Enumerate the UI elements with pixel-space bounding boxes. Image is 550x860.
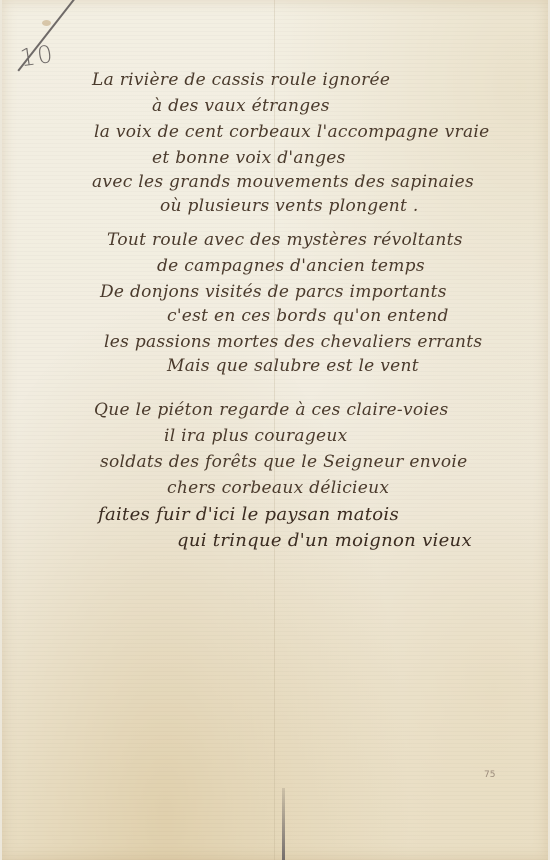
poem-line: c'est en ces bords qu'on entend <box>167 306 449 326</box>
poem-line: avec les grands mouvements des sapinaies <box>92 172 474 192</box>
poem-line: la voix de cent corbeaux l'accompagne vr… <box>94 122 489 142</box>
poem-line: chers corbeaux délicieux <box>167 478 389 498</box>
poem-line: Que le piéton regarde à ces claire-voies <box>94 400 449 420</box>
poem-line: soldats des forêts que le Seigneur envoi… <box>100 452 467 472</box>
poem-line: faites fuir d'ici le paysan matois <box>98 504 399 525</box>
paper-tear <box>282 788 285 860</box>
poem-line: à des vaux étranges <box>152 96 330 116</box>
poem-line: il ira plus courageux <box>164 426 348 446</box>
stray-pencil-mark: 75 <box>484 770 495 780</box>
poem-line: où plusieurs vents plongent . <box>160 196 419 216</box>
poem-line: de campagnes d'ancien temps <box>157 256 425 276</box>
poem-line: qui trinque d'un moignon vieux <box>177 530 472 551</box>
paper-stain <box>42 20 51 26</box>
poem-line: Tout roule avec des mystères révoltants <box>107 230 463 250</box>
poem-line: et bonne voix d'anges <box>152 148 346 168</box>
poem-line: Mais que salubre est le vent <box>167 356 419 376</box>
poem-line: De donjons visités de parcs importants <box>100 282 447 302</box>
poem-line: les passions mortes des chevaliers erran… <box>104 332 482 352</box>
manuscript-page: 10 La rivière de cassis roule ignorée à … <box>2 0 548 860</box>
poem-line: La rivière de cassis roule ignorée <box>92 70 390 90</box>
